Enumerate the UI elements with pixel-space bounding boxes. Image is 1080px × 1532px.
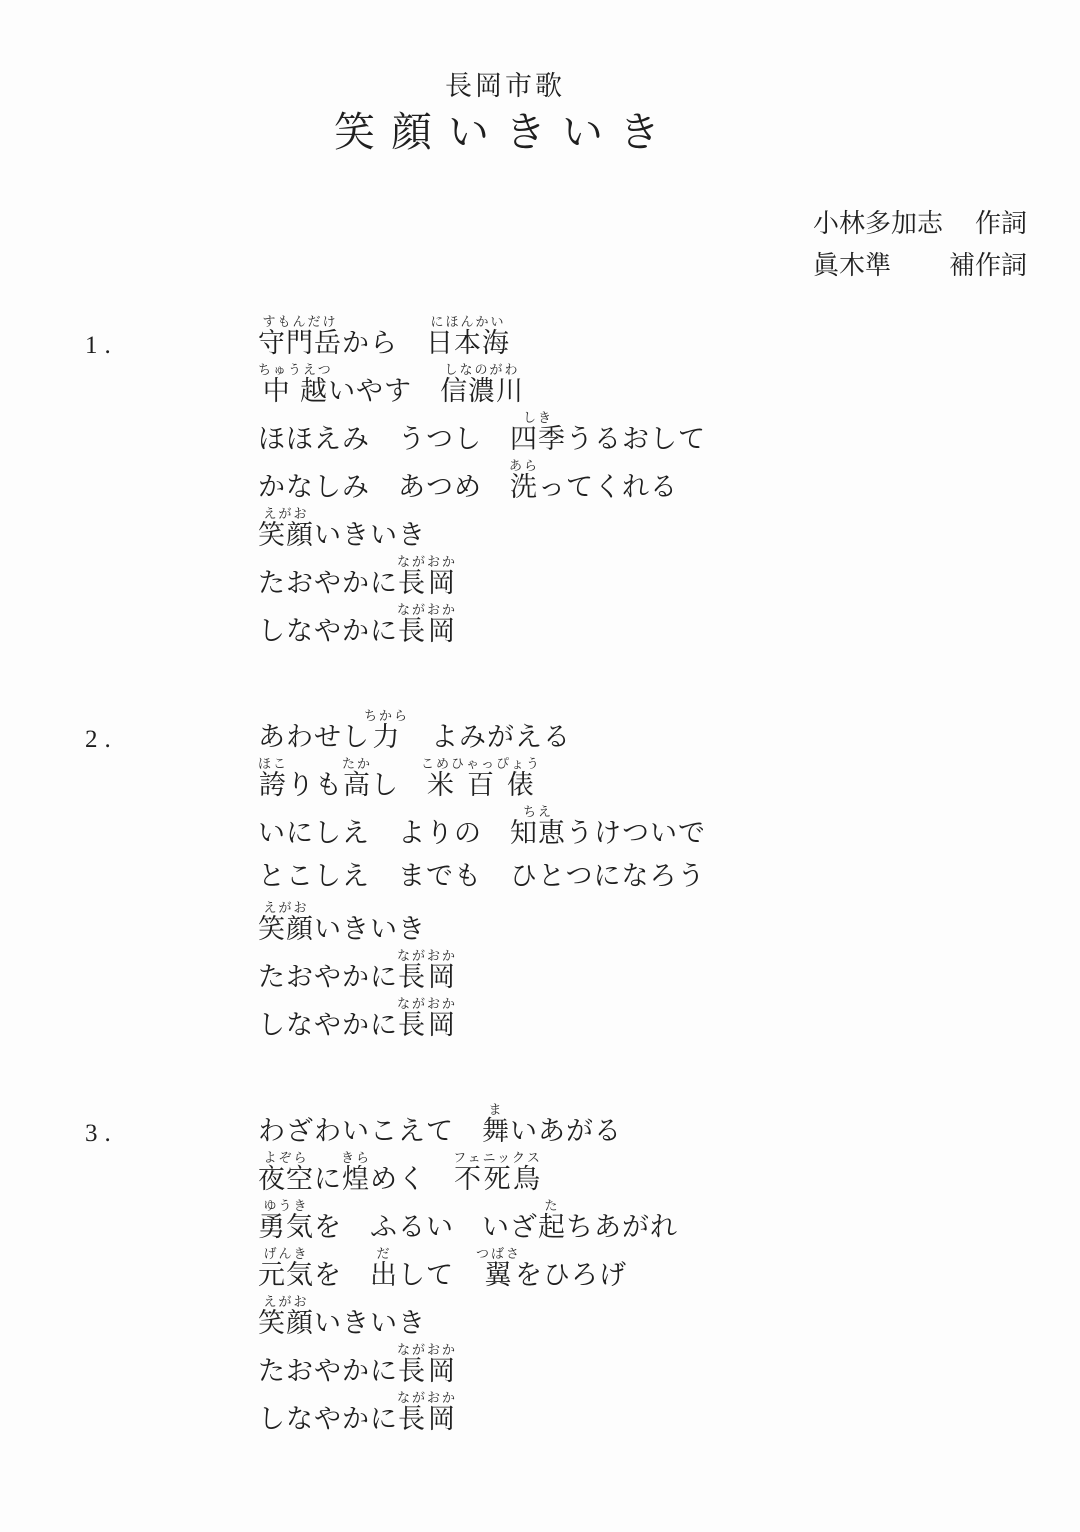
furigana: えがお — [258, 900, 314, 915]
ruby-segment: 元気げんき — [258, 1260, 314, 1290]
ruby-segment: 誇ほこ — [258, 770, 287, 800]
ruby-segment: 勇気ゆうき — [258, 1212, 314, 1242]
ruby-segment: 夜空よぞら — [258, 1164, 314, 1194]
ruby-segment: 洗あら — [510, 472, 538, 502]
text-segment: うけついで — [566, 818, 706, 848]
text-segment: を ふるい いざ — [314, 1212, 538, 1242]
furigana: えがお — [258, 506, 314, 521]
lyric-line: しなやかに長岡ながおか — [258, 602, 1080, 650]
text-segment: しなやかに — [258, 1010, 398, 1040]
ruby-segment: 長岡ながおか — [398, 1356, 457, 1386]
ruby-segment: 舞ま — [482, 1116, 510, 1146]
lyric-line: わざわいこえて 舞まいあがる — [258, 1102, 1080, 1150]
lyric-line: とこしえ までも ひとつになろう — [258, 852, 1080, 900]
furigana: こめひゃっぴょう — [421, 756, 541, 771]
co-lyricist-name: 眞木準 — [813, 245, 891, 287]
furigana: ちから — [364, 708, 409, 723]
lyric-line: いにしえ よりの 知恵ちえうけついで — [258, 804, 1080, 852]
verse-number: 1. — [85, 314, 258, 650]
text-segment: たおやかに — [258, 962, 398, 992]
ruby-segment: 笑顔えがお — [258, 1308, 314, 1338]
text-segment: よみがえる — [403, 722, 571, 752]
verse-lines: 守門岳すもんだけから 日本海にほんかい中越ちゅうえついやす 信濃川しなのがわほほ… — [258, 314, 1080, 650]
ruby-segment: 力ちから — [370, 722, 403, 752]
text-segment: ってくれる — [538, 472, 678, 502]
furigana: あら — [509, 458, 539, 473]
text-segment: いきいき — [314, 1308, 426, 1338]
lyric-line: たおやかに長岡ながおか — [258, 948, 1080, 996]
text-segment: しなやかに — [258, 1404, 398, 1434]
furigana: ちゅうえつ — [258, 362, 333, 377]
furigana: ながおか — [397, 996, 457, 1011]
furigana: フェニックス — [453, 1150, 542, 1165]
text-segment: たおやかに — [258, 1356, 398, 1386]
furigana: すもんだけ — [258, 314, 342, 329]
ruby-segment: 長岡ながおか — [398, 1010, 457, 1040]
verse-3: 3.わざわいこえて 舞まいあがる夜空よぞらに煌きらめく 不死鳥フェニックス勇気ゆ… — [85, 1102, 1080, 1438]
lyric-line: 中越ちゅうえついやす 信濃川しなのがわ — [258, 362, 1080, 410]
text-segment: いにしえ よりの — [258, 818, 510, 848]
text-segment: から — [342, 328, 426, 358]
credit-line-lyricist: 小林多加志 作詞 — [813, 203, 1027, 245]
ruby-segment: 起た — [538, 1212, 566, 1242]
verse-1: 1.守門岳すもんだけから 日本海にほんかい中越ちゅうえついやす 信濃川しなのがわ… — [85, 314, 1080, 650]
verse-2: 2.あわせし力ちから よみがえる誇ほこりも高たかし 米百俵こめひゃっぴょういにし… — [85, 708, 1080, 1044]
text-segment: しなやかに — [258, 616, 398, 646]
lyricist-role: 作詞 — [975, 203, 1027, 245]
verse-number: 3. — [85, 1102, 258, 1438]
ruby-segment: 日本海にほんかい — [426, 328, 510, 358]
furigana: しき — [510, 410, 566, 425]
lyric-line: かなしみ あつめ 洗あらってくれる — [258, 458, 1080, 506]
text-segment: めく — [370, 1164, 454, 1194]
furigana: よぞら — [258, 1150, 314, 1165]
lyric-line: たおやかに長岡ながおか — [258, 554, 1080, 602]
lyric-line: しなやかに長岡ながおか — [258, 1390, 1080, 1438]
song-title: 笑顔いきいき — [0, 108, 1010, 156]
ruby-segment: 四季しき — [510, 424, 566, 454]
furigana: ゆうき — [258, 1198, 314, 1213]
verse-lines: あわせし力ちから よみがえる誇ほこりも高たかし 米百俵こめひゃっぴょういにしえ … — [258, 708, 1080, 1044]
ruby-segment: 煌きら — [342, 1164, 370, 1194]
furigana: ま — [482, 1102, 510, 1117]
text-segment: いきいき — [314, 520, 426, 550]
lyric-line: たおやかに長岡ながおか — [258, 1342, 1080, 1390]
furigana: ほこ — [258, 756, 288, 771]
document-page: 長岡市歌 笑顔いきいき 小林多加志 作詞 眞木準 補作詞 1.守門岳すもんだけか… — [0, 0, 1080, 1532]
furigana: ながおか — [397, 602, 457, 617]
text-segment: をひろげ — [515, 1260, 627, 1290]
ruby-segment: 不死鳥フェニックス — [454, 1164, 542, 1194]
text-segment: たおやかに — [258, 568, 398, 598]
ruby-segment: 高たか — [343, 770, 371, 800]
lyricist-name: 小林多加志 — [813, 203, 943, 245]
furigana: えがお — [258, 1294, 314, 1309]
verse-number: 2. — [85, 708, 258, 1044]
lyric-line: 元気げんきを 出だして 翼つばさをひろげ — [258, 1246, 1080, 1294]
text-segment: に — [314, 1164, 342, 1194]
furigana: きら — [341, 1150, 371, 1165]
lyric-line: 笑顔えがおいきいき — [258, 1294, 1080, 1342]
text-segment: うるおして — [566, 424, 706, 454]
furigana: ながおか — [397, 554, 457, 569]
ruby-segment: 知恵ちえ — [510, 818, 566, 848]
ruby-segment: 守門岳すもんだけ — [258, 328, 342, 358]
verses: 1.守門岳すもんだけから 日本海にほんかい中越ちゅうえついやす 信濃川しなのがわ… — [85, 314, 1080, 1496]
text-segment: りも — [287, 770, 343, 800]
text-segment: わざわいこえて — [258, 1116, 482, 1146]
text-segment: ちあがれ — [566, 1212, 678, 1242]
furigana: だ — [370, 1246, 398, 1261]
credits-block: 小林多加志 作詞 眞木準 補作詞 — [813, 203, 1027, 287]
ruby-segment: 信濃川しなのがわ — [440, 376, 524, 406]
ruby-segment: 翼つばさ — [482, 1260, 515, 1290]
text-segment: して — [398, 1260, 482, 1290]
text-segment: し — [371, 770, 427, 800]
ruby-segment: 笑顔えがお — [258, 914, 314, 944]
title-block: 長岡市歌 笑顔いきいき — [0, 70, 1010, 156]
furigana: げんき — [258, 1246, 314, 1261]
lyric-line: 笑顔えがおいきいき — [258, 506, 1080, 554]
lyric-line: しなやかに長岡ながおか — [258, 996, 1080, 1044]
text-segment: ほほえみ うつし — [258, 424, 510, 454]
text-segment: を — [314, 1260, 370, 1290]
lyric-line: あわせし力ちから よみがえる — [258, 708, 1080, 756]
furigana: ながおか — [397, 1390, 457, 1405]
ruby-segment: 長岡ながおか — [398, 962, 457, 992]
co-lyricist-role: 補作詞 — [949, 245, 1027, 287]
lyric-line: 守門岳すもんだけから 日本海にほんかい — [258, 314, 1080, 362]
furigana: ちえ — [510, 804, 566, 819]
furigana: しなのがわ — [440, 362, 524, 377]
lyric-line: 夜空よぞらに煌きらめく 不死鳥フェニックス — [258, 1150, 1080, 1198]
text-segment: いあがる — [510, 1116, 622, 1146]
furigana: たか — [342, 756, 372, 771]
text-segment: いやす — [328, 376, 440, 406]
furigana: にほんかい — [426, 314, 510, 329]
lyric-line: 誇ほこりも高たかし 米百俵こめひゃっぴょう — [258, 756, 1080, 804]
text-segment: かなしみ あつめ — [258, 472, 510, 502]
lyric-line: 勇気ゆうきを ふるい いざ起たちあがれ — [258, 1198, 1080, 1246]
furigana: ながおか — [397, 1342, 457, 1357]
text-segment: とこしえ までも ひとつになろう — [258, 861, 705, 891]
furigana: た — [538, 1198, 566, 1213]
ruby-segment: 出だ — [370, 1260, 398, 1290]
song-subtitle: 長岡市歌 — [0, 70, 1010, 102]
ruby-segment: 長岡ながおか — [398, 616, 457, 646]
lyric-line: ほほえみ うつし 四季しきうるおして — [258, 410, 1080, 458]
text-segment: あわせし — [258, 722, 370, 752]
ruby-segment: 笑顔えがお — [258, 520, 314, 550]
furigana: ながおか — [397, 948, 457, 963]
text-segment: いきいき — [314, 914, 426, 944]
furigana: つばさ — [476, 1246, 521, 1261]
credit-line-co-lyricist: 眞木準 補作詞 — [813, 245, 1027, 287]
ruby-segment: 長岡ながおか — [398, 568, 457, 598]
verse-lines: わざわいこえて 舞まいあがる夜空よぞらに煌きらめく 不死鳥フェニックス勇気ゆうき… — [258, 1102, 1080, 1438]
ruby-segment: 長岡ながおか — [398, 1404, 457, 1434]
ruby-segment: 米百俵こめひゃっぴょう — [427, 770, 541, 800]
lyric-line: 笑顔えがおいきいき — [258, 900, 1080, 948]
ruby-segment: 中越ちゅうえつ — [258, 376, 328, 406]
